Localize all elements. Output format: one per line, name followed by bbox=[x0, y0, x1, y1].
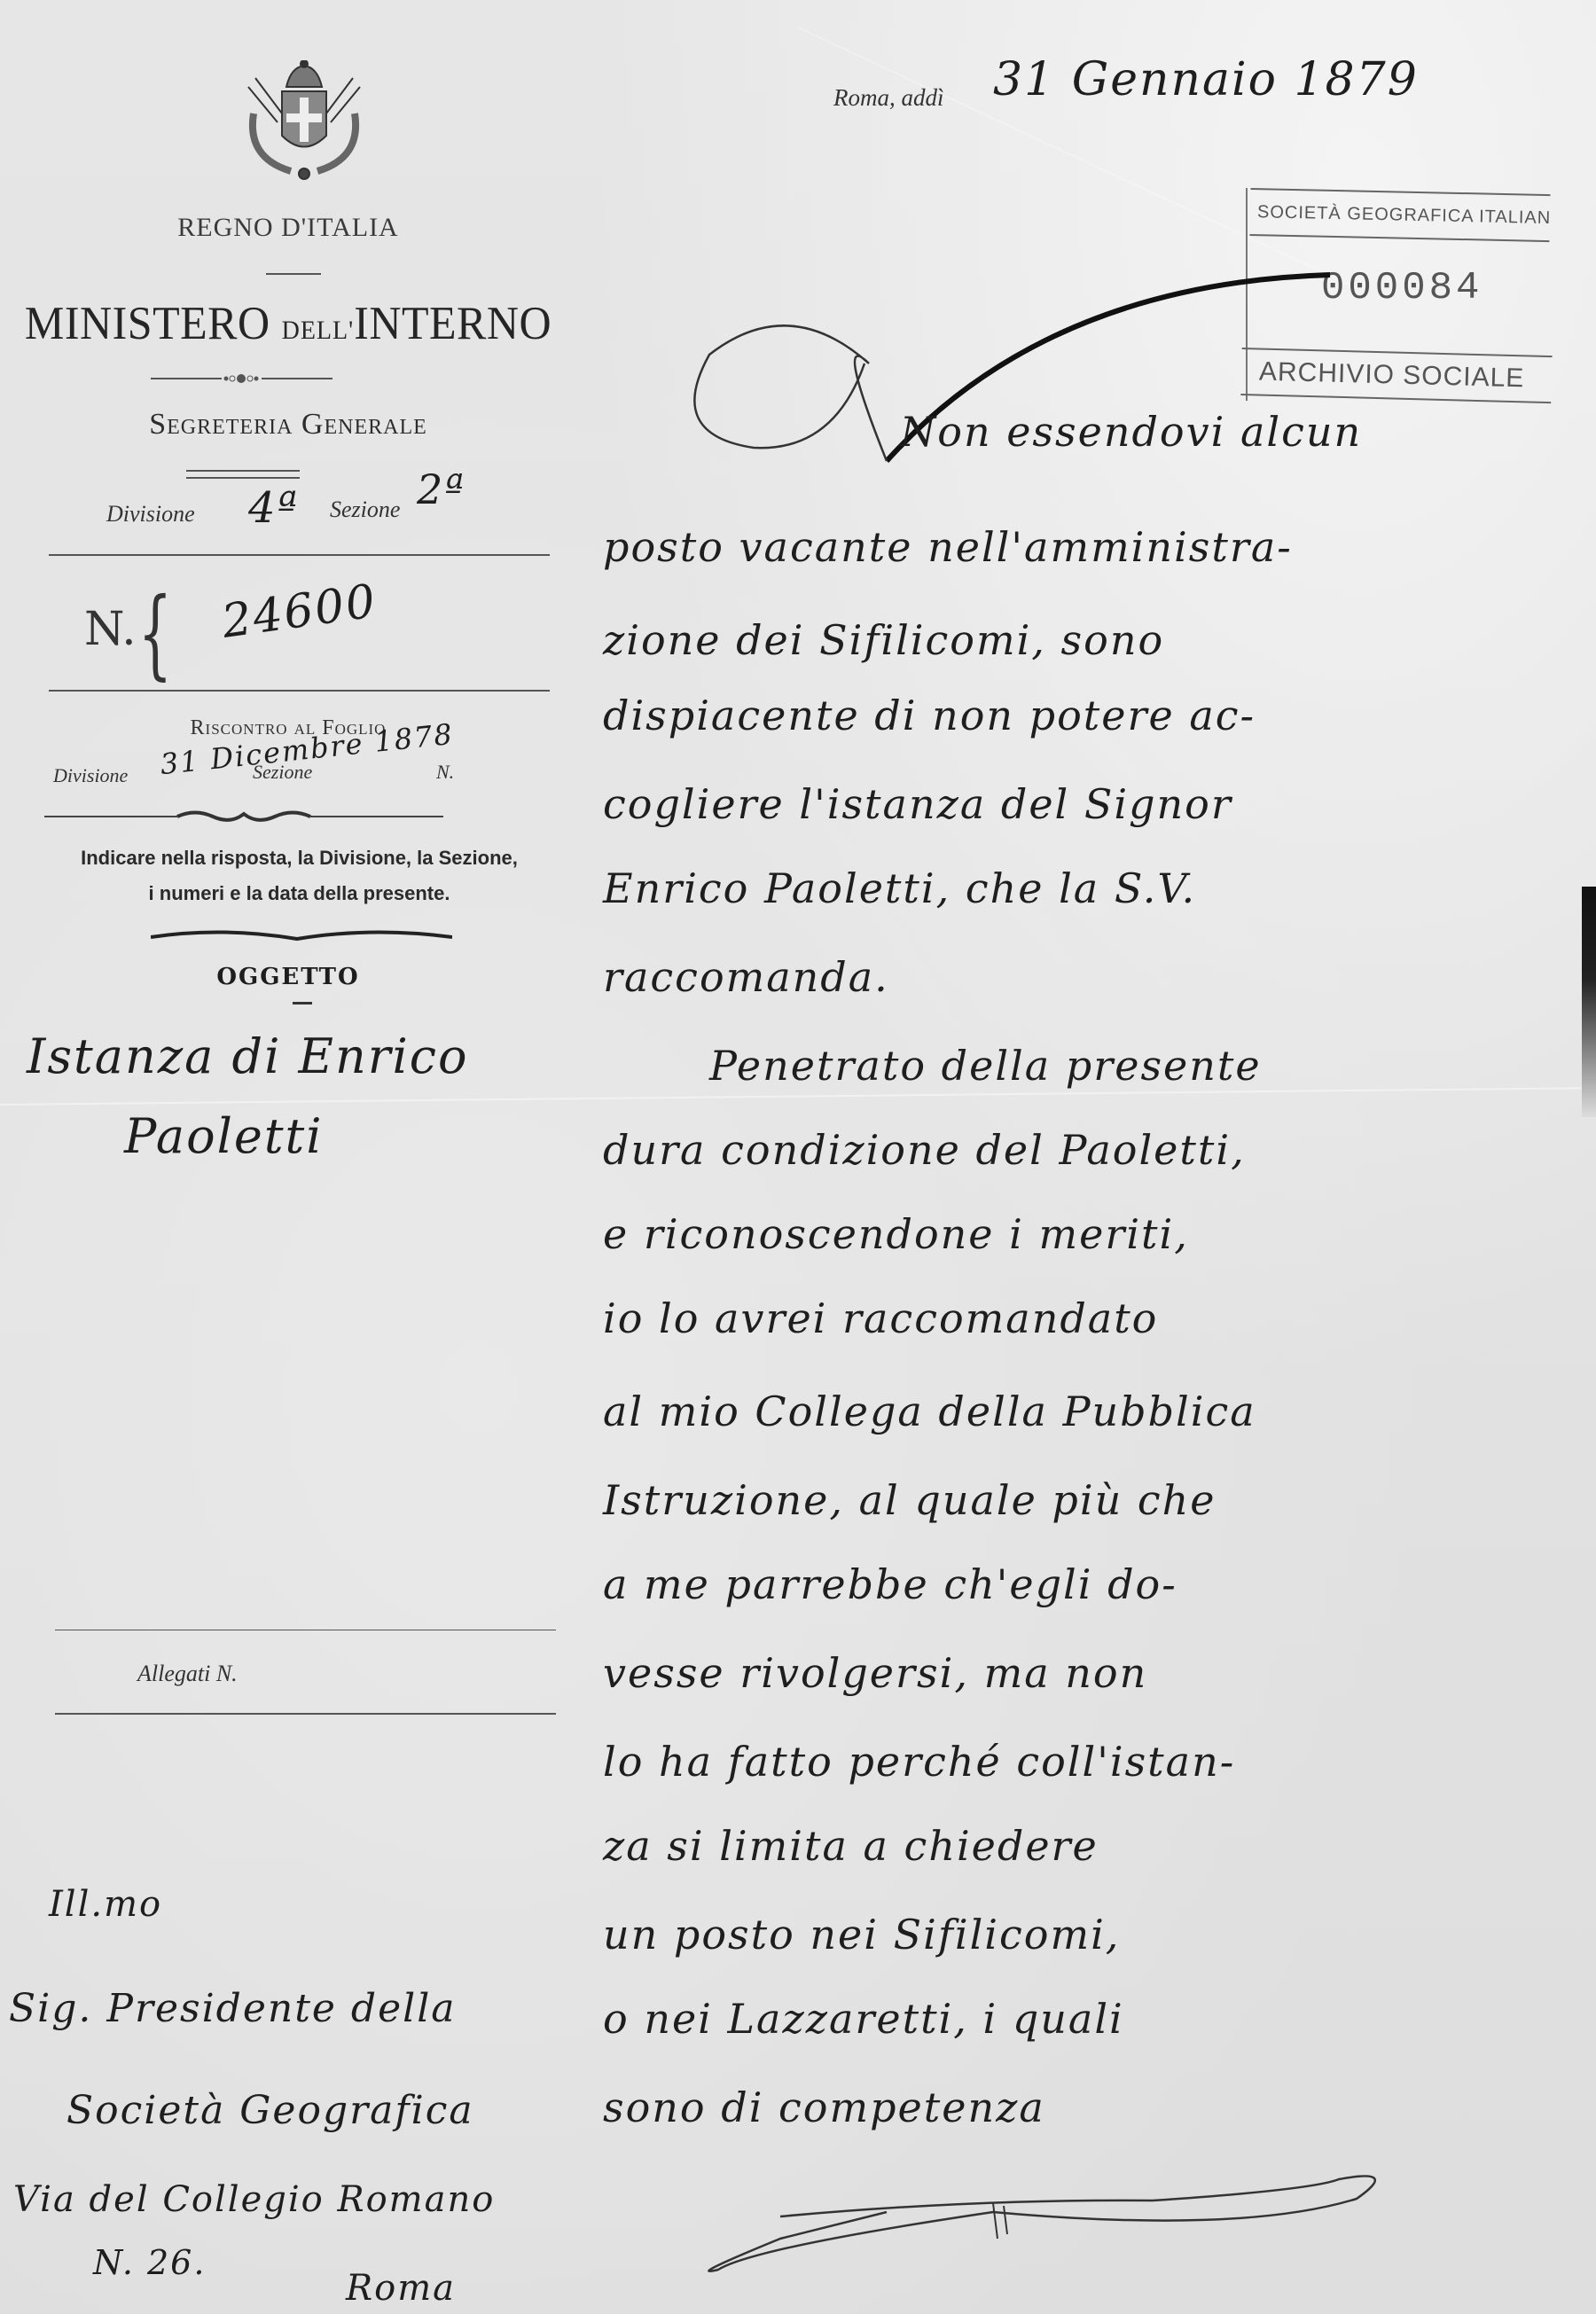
divider bbox=[55, 1713, 556, 1715]
body-line: dispiacente di non potere ac- bbox=[603, 692, 1256, 739]
number-label: N. bbox=[84, 603, 137, 656]
body-line: sono di competenza bbox=[603, 2083, 1045, 2131]
archive-stamp-archive: ARCHIVIO SOCIALE bbox=[1240, 348, 1552, 403]
body-line: Non essendovi alcun bbox=[900, 408, 1362, 456]
archive-stamp-number: 000084 bbox=[1321, 266, 1483, 310]
section-value: 2ª bbox=[417, 465, 465, 513]
addressee-line2: Società Geografica bbox=[66, 2088, 474, 2133]
savoy-crown-crest-icon bbox=[238, 60, 371, 184]
divider bbox=[266, 273, 321, 275]
reply-number-label: N. bbox=[436, 761, 454, 784]
body-line: vesse rivolgersi, ma non bbox=[603, 1649, 1147, 1697]
body-line: za si limita a chiedere bbox=[603, 1822, 1099, 1870]
body-line: Istruzione, al quale più che bbox=[603, 1476, 1216, 1524]
reply-division-label: Divisione bbox=[53, 764, 128, 787]
addressee-line4: N. 26. bbox=[93, 2243, 206, 2282]
body-line: dura condizione del Paoletti, bbox=[603, 1126, 1246, 1174]
instructions-line1: Indicare nella risposta, la Divisione, l… bbox=[40, 847, 559, 870]
section-label: Sezione bbox=[330, 496, 400, 523]
divider bbox=[293, 1002, 312, 1005]
dateline-handwritten: 31 Gennaio 1879 bbox=[993, 53, 1419, 106]
ministry-heading: MINISTERO DELL'INTERNO bbox=[0, 296, 576, 350]
body-line: cogliere l'istanza del Signor bbox=[603, 780, 1232, 828]
swash-divider bbox=[151, 926, 452, 946]
archive-stamp-society: SOCIETÀ GEOGRAFICA ITALIANA bbox=[1249, 188, 1550, 242]
subject-line2: Paoletti bbox=[124, 1108, 324, 1164]
double-rule bbox=[186, 470, 300, 479]
body-line: Penetrato della presente bbox=[709, 1042, 1262, 1090]
letter-page: REGNO D'ITALIA MINISTERO DELL'INTERNO Se… bbox=[0, 0, 1596, 2314]
ministry-main: MINISTERO bbox=[25, 297, 270, 349]
addressee-line5: Roma bbox=[346, 2268, 456, 2309]
reply-section-label: Sezione bbox=[253, 761, 312, 784]
ornament-divider bbox=[151, 372, 332, 385]
kingdom-heading: REGNO D'ITALIA bbox=[0, 213, 576, 243]
body-line: e riconoscendone i meriti, bbox=[603, 1210, 1189, 1258]
body-line: a me parrebbe ch'egli do- bbox=[603, 1560, 1177, 1608]
divider bbox=[49, 554, 550, 556]
torn-edge bbox=[1582, 887, 1596, 1117]
paper-fold-crease bbox=[0, 1087, 1596, 1106]
ministry-article: DELL' bbox=[282, 317, 355, 346]
ministry-end: INTERNO bbox=[354, 297, 552, 349]
body-line: un posto nei Sifilicomi, bbox=[603, 1911, 1120, 1958]
division-label: Divisione bbox=[106, 501, 195, 528]
division-value: 4ª bbox=[248, 483, 299, 533]
brace: { bbox=[138, 576, 173, 690]
instructions-line2: i numeri e la data della presente. bbox=[40, 882, 559, 905]
subject-label: OGGETTO bbox=[0, 964, 576, 990]
signature-flourish bbox=[621, 2163, 1507, 2287]
attachments-label: Allegati N. bbox=[137, 1661, 238, 1687]
addressee-salutation: Ill.mo bbox=[49, 1884, 162, 1925]
body-line: al mio Collega della Pubblica bbox=[603, 1388, 1256, 1435]
dateline-printed: Roma, addì bbox=[833, 84, 944, 112]
body-line: posto vacante nell'amministra- bbox=[603, 523, 1293, 571]
body-line: raccomanda. bbox=[603, 953, 889, 1001]
protocol-number: 24600 bbox=[219, 575, 380, 649]
body-line: o nei Lazzaretti, i quali bbox=[603, 1995, 1124, 2043]
divider bbox=[49, 690, 550, 692]
ornament-divider bbox=[44, 807, 443, 826]
secretariat-heading: Segreteria Generale bbox=[0, 408, 576, 442]
body-line: zione dei Sifilicomi, sono bbox=[603, 616, 1164, 664]
addressee-line1: Sig. Presidente della bbox=[9, 1986, 457, 2031]
body-line: Enrico Paoletti, che la S.V. bbox=[603, 864, 1196, 912]
divider bbox=[55, 1630, 556, 1630]
addressee-line3: Via del Collegio Romano bbox=[13, 2179, 495, 2220]
body-line: io lo avrei raccomandato bbox=[603, 1294, 1158, 1342]
body-line: lo ha fatto perché coll'istan- bbox=[603, 1738, 1235, 1786]
subject-line1: Istanza di Enrico bbox=[27, 1028, 469, 1084]
